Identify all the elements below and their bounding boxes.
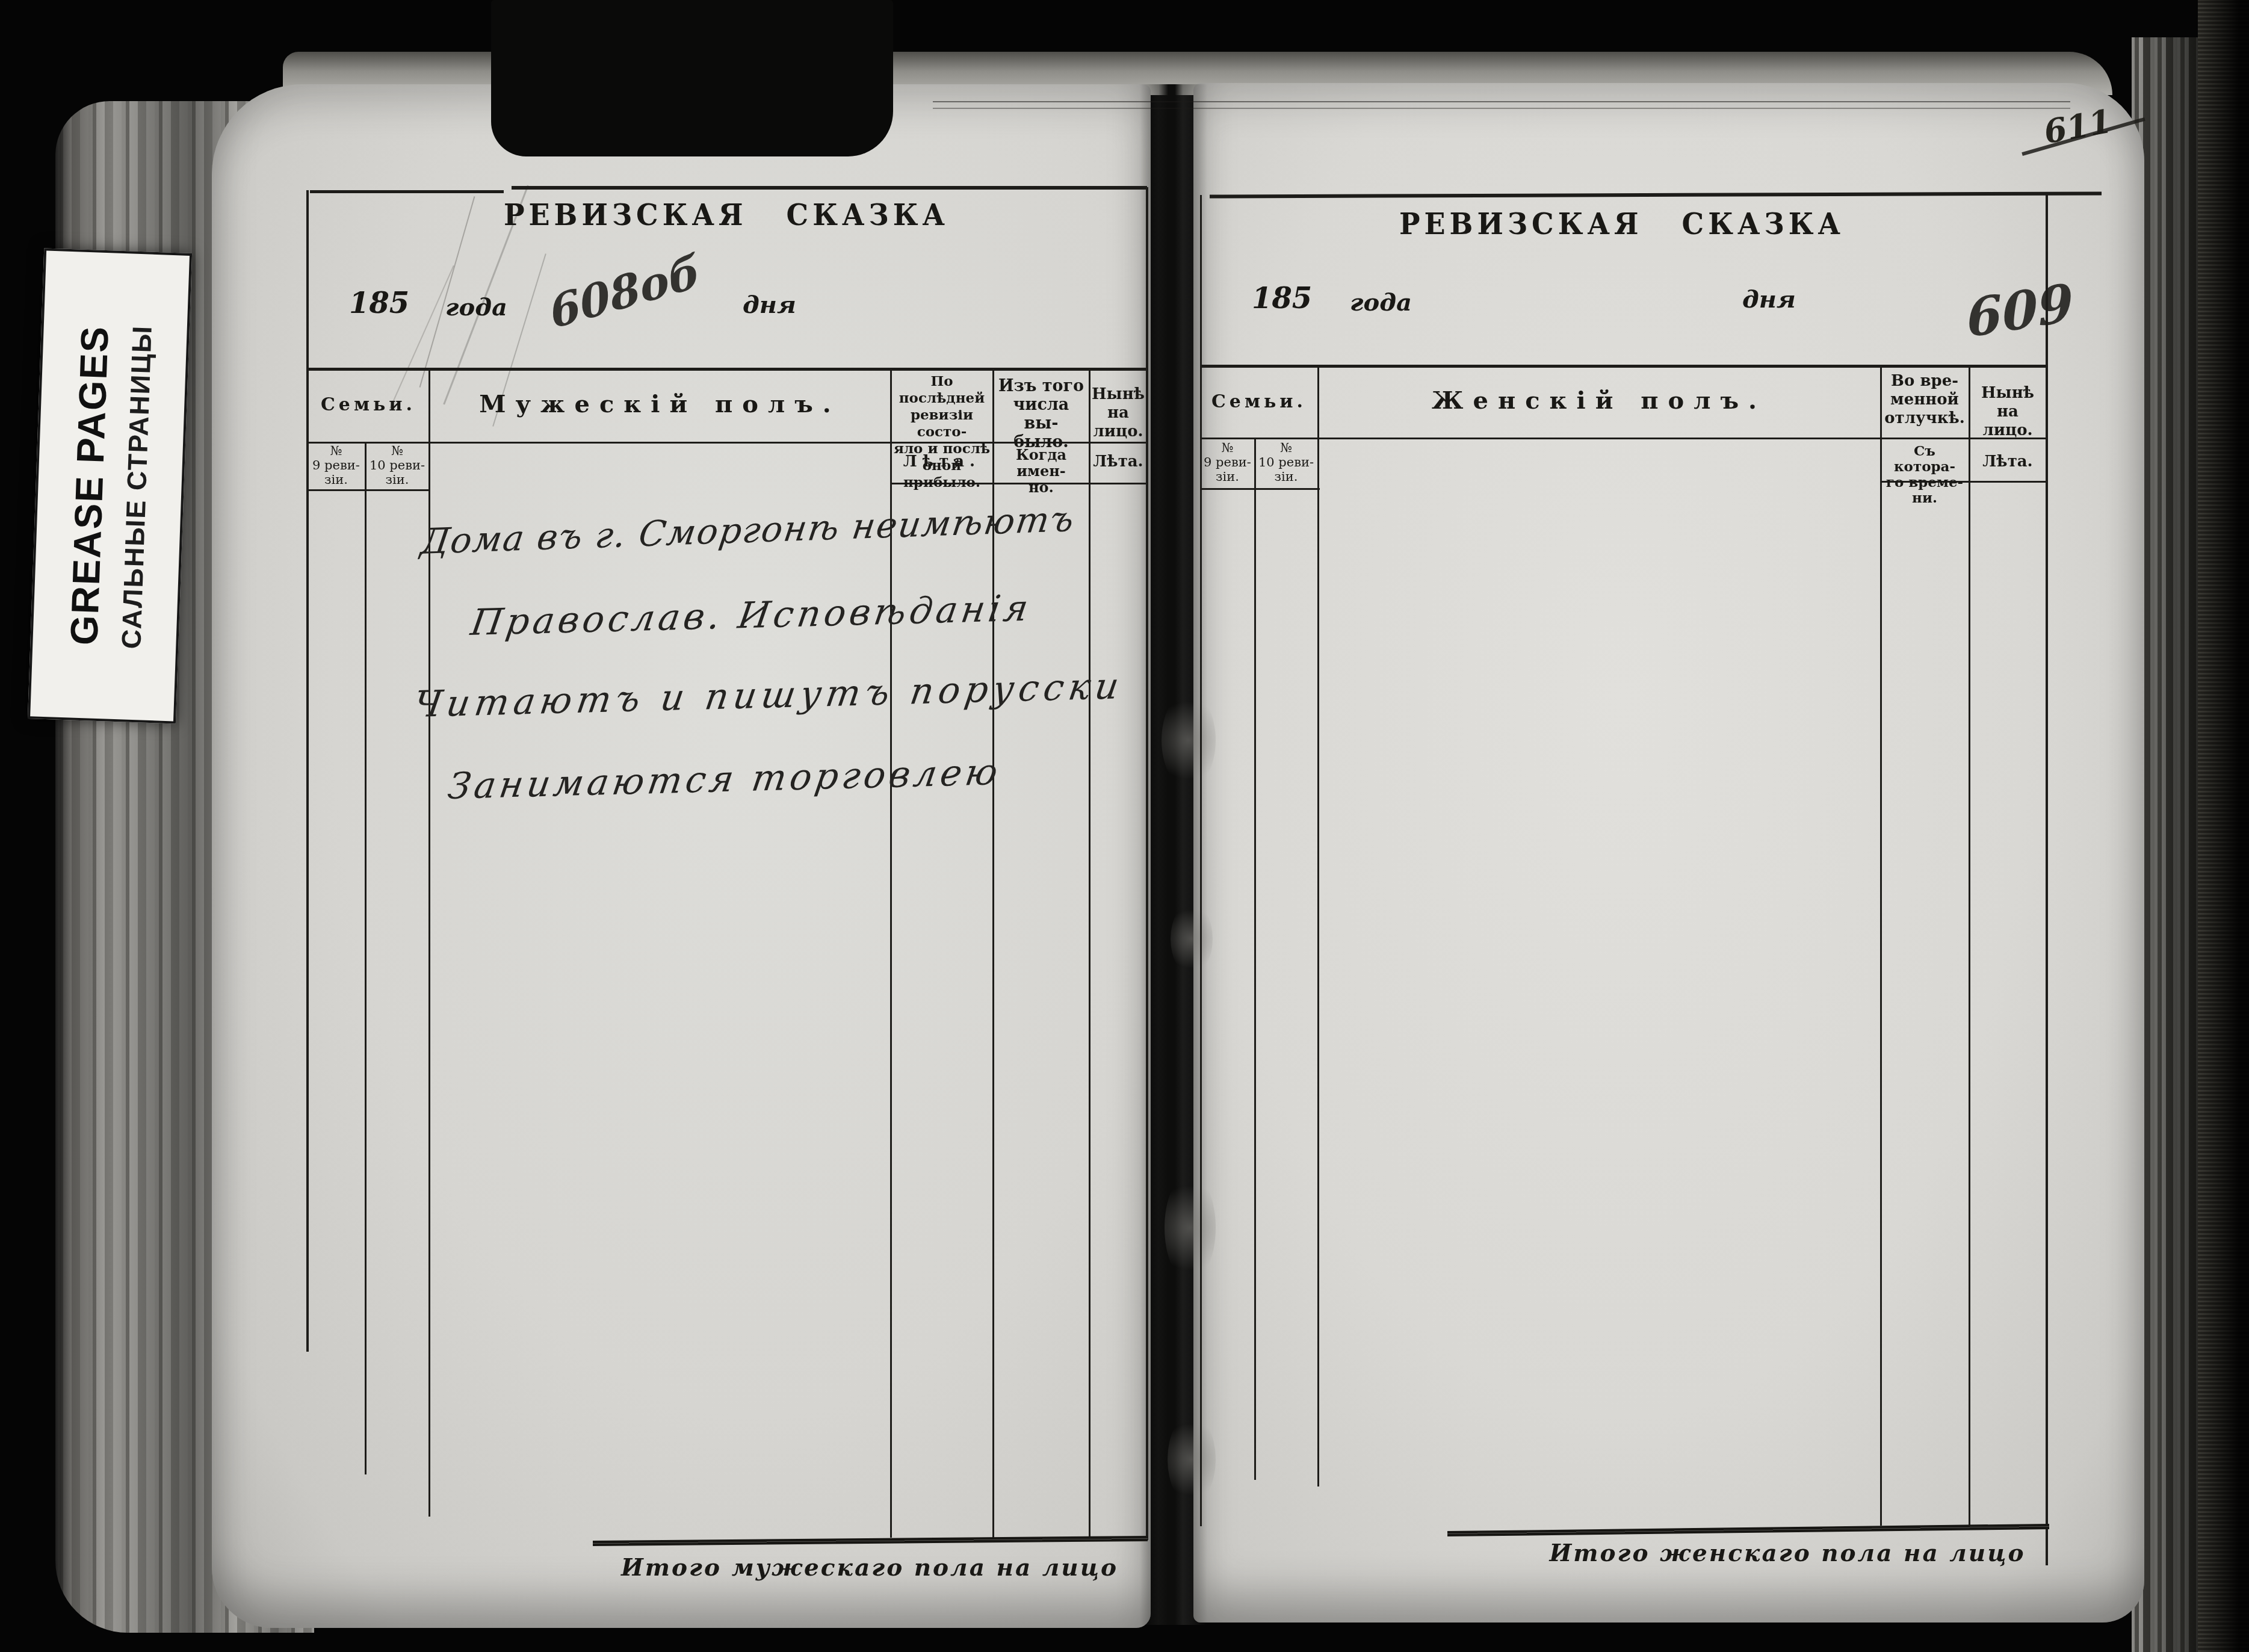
right-year-word: года xyxy=(1350,288,1412,317)
left-col-present-years: Лѣта. xyxy=(1090,453,1146,471)
left-col-revision9: № 9 реви- зіи. xyxy=(307,444,365,487)
table-rule xyxy=(1317,366,1319,1486)
gutter-stain xyxy=(1168,1414,1216,1505)
right-col-sex: Женскій полъ. xyxy=(1318,386,1880,415)
table-rule xyxy=(1880,366,1882,1526)
left-day-word: дня xyxy=(743,291,796,319)
table-rule xyxy=(365,443,367,1474)
right-page-title: РЕВИЗСКАЯ СКАЗКА xyxy=(1291,206,1953,241)
sticker-label-english: GREASE PAGES xyxy=(61,325,117,646)
table-rule xyxy=(307,489,430,491)
left-col-revision10: № 10 реви- зіи. xyxy=(365,444,429,487)
table-rule xyxy=(992,369,994,1538)
page-edge-hairline xyxy=(933,101,2070,102)
left-col-departed-when: Когда имен- но. xyxy=(994,447,1088,495)
left-page-title: РЕВИЗСКАЯ СКАЗКА xyxy=(395,197,1057,232)
table-rule xyxy=(1089,369,1090,1538)
left-year-printed: 185 xyxy=(349,286,409,320)
right-col-revision9: № 9 реви- зіи. xyxy=(1201,441,1254,484)
table-rule xyxy=(1201,365,2048,368)
right-year-printed: 185 xyxy=(1252,282,1312,315)
table-rule xyxy=(512,186,1147,190)
grease-pages-sticker: GREASE PAGES САЛЬНЫЕ СТРАНИЦЫ xyxy=(28,248,192,723)
gutter-stain xyxy=(1162,692,1216,788)
book-clamp-shadow xyxy=(491,0,893,156)
left-col-family: Семьи. xyxy=(307,394,430,415)
right-col-absence-since: Съ котора- го време- ни. xyxy=(1881,444,1968,506)
table-rule xyxy=(310,190,504,193)
right-footer-total: Итого женскаго пола на лицо xyxy=(1499,1539,2076,1567)
archive-scan: 611 РЕВИЗСКАЯ СКАЗКА 185 года дня 608об … xyxy=(0,0,2249,1652)
gutter-stain xyxy=(1171,903,1213,975)
table-rule xyxy=(307,368,1148,371)
left-col-revision: По послѣдней ревизіи состо- яло и послѣ … xyxy=(893,373,991,491)
table-rule xyxy=(1146,187,1148,1540)
sticker-label-russian: САЛЬНЫЕ СТРАНИЦЫ xyxy=(116,324,158,649)
gutter-stain xyxy=(1165,1174,1216,1282)
table-rule xyxy=(2046,193,2048,1565)
right-col-present-years: Лѣта. xyxy=(1970,453,2046,471)
right-col-absence: Во вре- менной отлучкѣ. xyxy=(1881,372,1968,428)
table-rule xyxy=(1254,439,1256,1480)
right-col-revision10: № 10 реви- зіи. xyxy=(1255,441,1317,484)
table-rule xyxy=(1201,488,1320,490)
left-year-word: года xyxy=(445,293,507,321)
table-rule xyxy=(1201,438,2048,439)
left-col-sex: Мужескій полъ. xyxy=(429,390,891,418)
left-col-present: Нынѣ на лицо. xyxy=(1090,385,1146,441)
left-footer-total: Итого мужескаго пола на лицо xyxy=(581,1554,1159,1582)
table-rule xyxy=(306,190,309,1352)
book-cover-edge xyxy=(2198,0,2249,1652)
right-col-family: Семьи. xyxy=(1201,391,1317,412)
table-rule xyxy=(1969,366,1970,1526)
left-col-departed: Изъ того числа вы- было. xyxy=(994,377,1088,451)
right-col-present: Нынѣ на лицо. xyxy=(1970,384,2046,440)
right-day-word: дня xyxy=(1742,285,1796,314)
left-col-revision-years: Лѣта. xyxy=(893,453,991,471)
book-gutter xyxy=(1140,84,1207,1625)
page-edge-hairline xyxy=(933,108,2070,109)
